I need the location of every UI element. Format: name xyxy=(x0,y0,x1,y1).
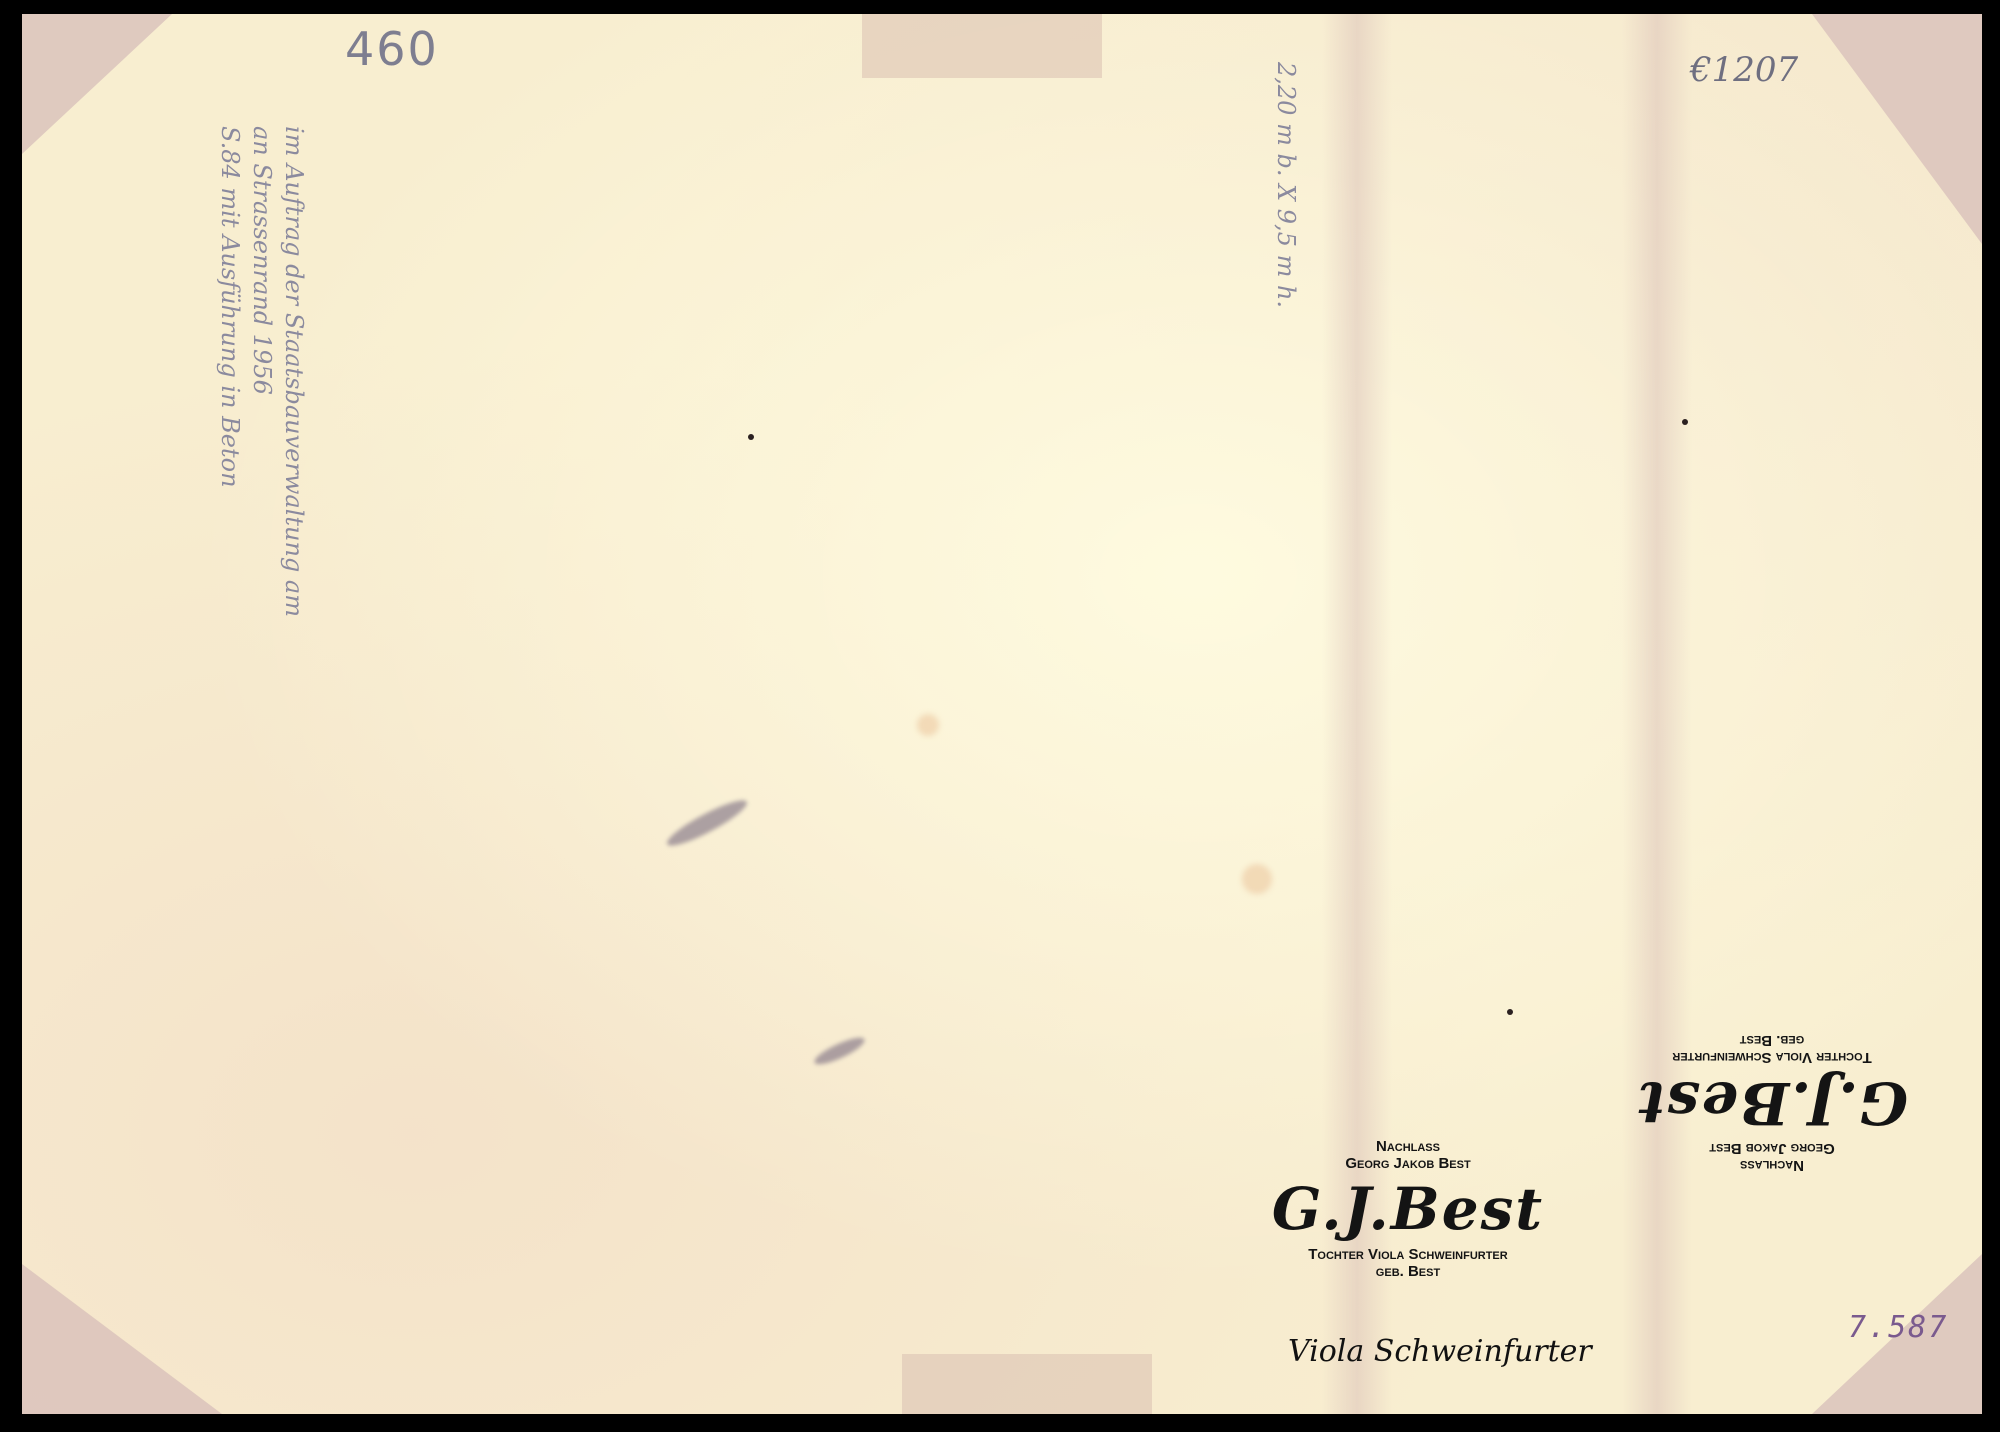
pencil-smudge xyxy=(663,794,751,852)
corner-mount-top-left xyxy=(22,14,172,154)
pencil-smudge xyxy=(812,1033,868,1069)
catalog-number: 460 xyxy=(345,22,439,76)
ink-dot xyxy=(1507,1009,1513,1015)
stamp-signature: G.J.Best xyxy=(1612,1066,1932,1140)
stamp-heir: Tochter Viola Schweinfurter xyxy=(1612,1049,1932,1066)
inscription-line-2: an Strassenrand 1956 xyxy=(248,126,276,395)
stamp-title: Nachlass xyxy=(1612,1157,1932,1174)
estate-stamp-upright: Nachlass Georg Jakob Best G.J.Best Tocht… xyxy=(1248,1138,1568,1280)
inscription-line-1: im Auftrag der Staatsbauverwaltung am xyxy=(280,126,308,617)
stamp-artist: Georg Jakob Best xyxy=(1248,1155,1568,1172)
inventory-number: 7.587 xyxy=(1848,1310,1948,1345)
ink-dot xyxy=(748,434,754,440)
stamp-maiden-name: geb. Best xyxy=(1248,1263,1568,1280)
stamp-maiden-name: geb. Best xyxy=(1612,1032,1932,1049)
tape-strip-top xyxy=(862,14,1102,78)
tape-strip-bottom xyxy=(902,1354,1152,1414)
stamp-signature: G.J.Best xyxy=(1248,1172,1568,1246)
price-note: €1207 xyxy=(1690,50,1798,90)
stain xyxy=(1242,864,1272,894)
dimensions-note: 2,20 m b. X 9,5 m h. xyxy=(1272,62,1300,308)
corner-mount-bottom-left xyxy=(22,1264,222,1414)
stamp-artist: Georg Jakob Best xyxy=(1612,1140,1932,1157)
glue-residue-right xyxy=(1622,14,1692,1414)
handwritten-signature: Viola Schweinfurter xyxy=(1288,1334,1592,1369)
artwork-board-reverse xyxy=(22,14,1982,1414)
ink-dot xyxy=(1682,419,1688,425)
stamp-title: Nachlass xyxy=(1248,1138,1568,1155)
corner-mount-top-right xyxy=(1812,14,1982,244)
estate-stamp-inverted: Nachlass Georg Jakob Best G.J.Best Tocht… xyxy=(1612,1032,1932,1174)
inscription-line-3: S.84 mit Ausführung in Beton xyxy=(216,126,244,488)
stamp-heir: Tochter Viola Schweinfurter xyxy=(1248,1246,1568,1263)
stain xyxy=(917,714,939,736)
